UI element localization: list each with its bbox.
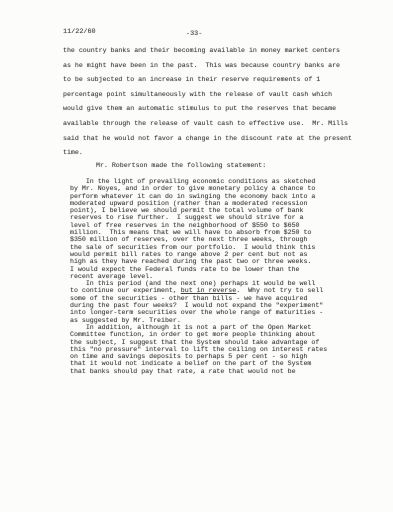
text-line: Committee function, in order to get more…	[70, 331, 360, 338]
text-line: into longer-term securities over the who…	[70, 309, 360, 316]
text-line: by Mr. Noyes, and in order to give monet…	[70, 185, 360, 192]
text-line: to continue our experiment, but in rever…	[70, 287, 360, 294]
text-line: that banks should pay that rate, a rate …	[70, 368, 360, 375]
text-line: that it would not indicate a belief on t…	[70, 360, 360, 367]
document-date: 11/22/60	[63, 28, 96, 36]
text-line: some of the securities - other than bill…	[70, 295, 360, 302]
text-line: time.	[63, 146, 363, 161]
text-line: to be subjected to an increase in their …	[63, 73, 363, 88]
text-line: would give them an automatic stimulus to…	[63, 102, 363, 117]
scanned-document-page: 11/22/60 -33- the country banks and thei…	[0, 0, 393, 512]
text-line: available through the release of vault c…	[63, 117, 363, 132]
text-line: I would expect the Federal funds rate to…	[70, 266, 360, 273]
page-number: -33-	[186, 30, 202, 38]
text-line: perform whatever it can do in swinging t…	[70, 193, 360, 200]
text-line: as he might have been in the past. This …	[63, 59, 363, 74]
text-line: reserves to rise further. I suggest we s…	[70, 214, 360, 221]
text-line: as suggested by Mr. Treiber.	[70, 317, 360, 324]
text-line: the country banks and their becoming ava…	[63, 44, 363, 59]
text-line: $350 million of reserves, over the next …	[70, 236, 360, 243]
text-line: high as they have reached during the pas…	[70, 258, 360, 265]
text-line: percentage point simultaneously with the…	[63, 88, 363, 103]
text-line: level of free reserves in the neighborho…	[70, 222, 360, 229]
text-line: the sale of securities from our portfoli…	[70, 244, 360, 251]
intro-paragraph: the country banks and their becoming ava…	[63, 44, 363, 161]
text-line: the subject, I suggest that the System s…	[70, 339, 360, 346]
robertson-statement-block: In the light of prevailing economic cond…	[70, 178, 360, 375]
statement-lead-in: Mr. Robertson made the following stateme…	[96, 162, 266, 170]
text-line: said that he would not favor a change in…	[63, 132, 363, 147]
